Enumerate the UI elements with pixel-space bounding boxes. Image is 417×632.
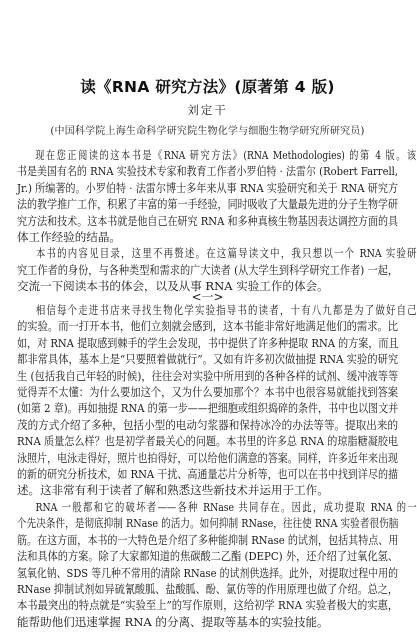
- text-line: 法的教学推广工作，积累了丰富的第一手经验，同时吸收了大量最先进的分子生物学研: [17, 196, 398, 212]
- text-line: RNase 抑制试剂如异硫氰酸胍、盐酸胍、酚、氯仿等的作用原理也做了介绍。总之，: [17, 581, 398, 597]
- text-line: 氢氧化钠、SDS 等几种不常用的清除 RNase 的试剂供选择。此外，对提取过程…: [17, 565, 398, 581]
- text-line: 本书的内容见目录，这里不再赘述。在这篇导读文中，我只想以一个 RNA 实验研: [17, 245, 417, 261]
- text-line: RNA 一般都和它的破坏者——各种 RNase 共同存在。因此，成功提取 RNA…: [17, 499, 417, 515]
- text-line: 筋。在这方面，本书的一大特色是介绍了多种能抑制 RNase 的试剂，包括其特点、…: [17, 532, 398, 548]
- author-affiliation: (中国科学院上海生命科学研究院生物化学与细胞生物学研究所研究员): [17, 122, 398, 137]
- text-line: 本书最突出的特点就是“实验至上”的写作原则，这给初学 RNA 实验者极大的实惠，: [17, 597, 398, 613]
- text-line: 泳照片，电泳走得好，照片也拍得好，可以给他们满意的答案。同样，许多近年来出现: [17, 450, 398, 466]
- paragraph: 相信每个走进书店来寻找生物化学实验指导书的读者，十有八九都是为了做好自己 的实验…: [17, 302, 398, 499]
- text-line: 体工作经验的结晶。: [17, 229, 398, 245]
- page-title: 读《RNA 研究方法》(原著第 4 版): [17, 75, 398, 97]
- text-line: 究工作者的身份，与各种类型和需求的广大读者 (从大学生到科学研究工作者) 一起，: [17, 262, 398, 278]
- author-name: 刘定干: [17, 102, 398, 118]
- paragraph: RNA 一般都和它的破坏者——各种 RNase 共同存在。因此，成功提取 RNA…: [17, 499, 398, 630]
- section-one: 相信每个走进书店来寻找生物化学实验指导书的读者，十有八九都是为了做好自己 的实验…: [17, 302, 398, 630]
- text-line: 茂的方式介绍了多种，包括小型的电动匀浆器和保持冰冷的办法等等。提取出来的: [17, 417, 398, 433]
- text-line: 书是美国有名的 RNA 实验技术专家和教育工作者小罗伯特 · 法雷尔 (Robe…: [17, 163, 398, 179]
- text-line: 的新的研究分析技术，如 RNA 干扰、高通量芯片分析等，也可以在书中找到详尽的描: [17, 466, 398, 482]
- text-line: 如，对 RNA 提取感到棘手的学生会发现，书中提供了许多种提取 RNA 的方案，…: [17, 335, 398, 351]
- text-line: 述。这非常有利于读者了解和熟悉这些新技术并运用于工作。: [17, 482, 398, 498]
- text-line: 觉得弄不太懂：为什么要加这个，又为什么要加那个？本书中也很容易就能找到答案: [17, 384, 398, 400]
- text-line: 的实验。而一打开本书，他们立刻就会感到，这本书能非常好地满足他们的需求。比: [17, 318, 398, 334]
- paragraph: 现在您正阅读的这本书是《RNA 研究方法》(RNA Methodologies)…: [17, 147, 398, 245]
- text-line: Jr.) 所编著的。小罗伯特 · 法雷尔博士多年来从事 RNA 实验研究和关于 …: [17, 180, 398, 196]
- text-line: 法和具体的方案。除了大家都知道的焦碳酸二乙酯 (DEPC) 外，还介绍了过氧化氢…: [17, 548, 398, 564]
- intro-section: 现在您正阅读的这本书是《RNA 研究方法》(RNA Methodologies)…: [17, 147, 398, 295]
- text-line: 个先决条件，是彻底抑制 RNase 的活力。如何抑制 RNase，往往使 RNA…: [17, 515, 398, 531]
- text-line: 相信每个走进书店来寻找生物化学实验指导书的读者，十有八九都是为了做好自己: [17, 302, 417, 318]
- text-line: 现在您正阅读的这本书是《RNA 研究方法》(RNA Methodologies)…: [17, 147, 416, 163]
- text-line: 都非常具体，基本上是“只要照着做就行”。又如有许多初次做抽提 RNA 实验的研究: [17, 351, 398, 367]
- text-line: RNA 质量怎么样？也是初学者最关心的问题。本书里的许多总 RNA 的琼脂糖凝胶…: [17, 433, 398, 449]
- text-line: (如第 2 章)。再如抽提 RNA 的第一步——把细胞或组织捣碎的条件，书中也以…: [17, 400, 398, 416]
- text-line: 生 (包括我自己年轻的时候)，往往会对实验中所用到的各种各样的试剂、缓冲液等等: [17, 368, 398, 384]
- text-line: 究方法和技术。这本书就是他自己在研究 RNA 和多种真核生物基因表达调控方面的具: [17, 213, 398, 229]
- text-line: 能帮助他们迅速掌握 RNA 的分离、提取等基本的实验技能。: [17, 614, 398, 630]
